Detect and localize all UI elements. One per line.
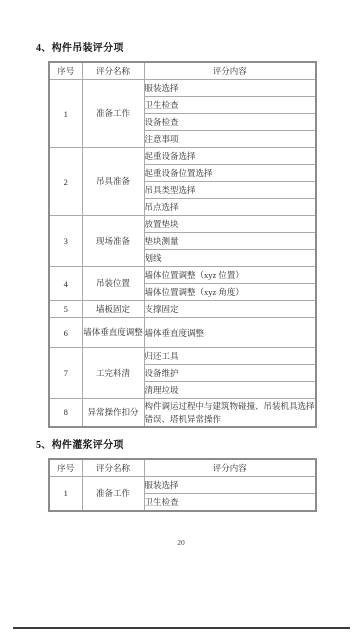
footer-rule [13,627,350,629]
content-cell: 卫生检查 [144,97,316,114]
row-name-cell: 异常操作扣分 [82,399,144,427]
row-number-cell: 4 [49,267,82,301]
content-cell: 墙体位置调整（xyz 角度） [144,284,316,301]
content-cell: 设备检查 [144,114,316,131]
content-cell: 归还工具 [144,348,316,365]
row-number-cell: 6 [49,318,82,348]
column-header: 序号 [49,459,82,477]
column-header: 序号 [49,62,82,80]
content-cell: 清理垃圾 [144,382,316,399]
section-heading: 5、构件灌浆评分项 [36,428,362,451]
row-name-cell: 墙板固定 [82,301,144,318]
row-name-cell: 工完料清 [82,348,144,399]
content-cell: 支撑固定 [144,301,316,318]
content-cell: 吊点选择 [144,199,316,216]
content-cell: 构件调运过程中与建筑物碰撞、吊装机具选择错误、塔机异常操作 [144,399,316,427]
content-cell: 墙体垂直度调整 [144,318,316,348]
row-number-cell: 1 [49,80,82,148]
row-name-cell: 吊装位置 [82,267,144,301]
content-cell: 起重设备位置选择 [144,165,316,182]
content-cell: 服装选择 [144,476,316,493]
column-header: 评分名称 [82,62,144,80]
row-name-cell: 准备工作 [82,80,144,148]
content-cell: 墙体位置调整（xyz 位置） [144,267,316,284]
content-cell: 放置垫块 [144,216,316,233]
content-cell: 起重设备选择 [144,148,316,165]
row-name-cell: 现场准备 [82,216,144,267]
content-cell: 垫块测量 [144,233,316,250]
content-cell: 吊具类型选择 [144,182,316,199]
row-name-cell: 墙体垂直度调整 [82,318,144,348]
scoring-table-hoisting: 序号 评分名称 评分内容 1 准备工作 服装选择 卫生检查 设备检查 注意事项 … [48,61,317,428]
row-number-cell: 8 [49,399,82,427]
column-header: 评分内容 [144,62,316,80]
row-number-cell: 5 [49,301,82,318]
content-cell: 服装选择 [144,80,316,97]
row-number-cell: 3 [49,216,82,267]
content-cell: 注意事项 [144,131,316,148]
row-number-cell: 7 [49,348,82,399]
row-name-cell: 准备工作 [82,476,144,511]
scoring-table-grouting: 序号 评分名称 评分内容 1 准备工作 服装选择 卫生检查 [48,458,317,512]
column-header: 评分名称 [82,459,144,477]
content-cell: 设备维护 [144,365,316,382]
section-heading: 4、构件吊装评分项 [36,0,362,54]
row-number-cell: 1 [49,476,82,511]
column-header: 评分内容 [144,459,316,477]
document-page: 4、构件吊装评分项 序号 评分名称 评分内容 1 准备工作 服装选择 卫生检查 … [0,0,362,637]
content-cell: 卫生检查 [144,493,316,511]
page-number: 20 [0,538,362,547]
row-name-cell: 吊具准备 [82,148,144,216]
content-cell: 划线 [144,250,316,267]
row-number-cell: 2 [49,148,82,216]
